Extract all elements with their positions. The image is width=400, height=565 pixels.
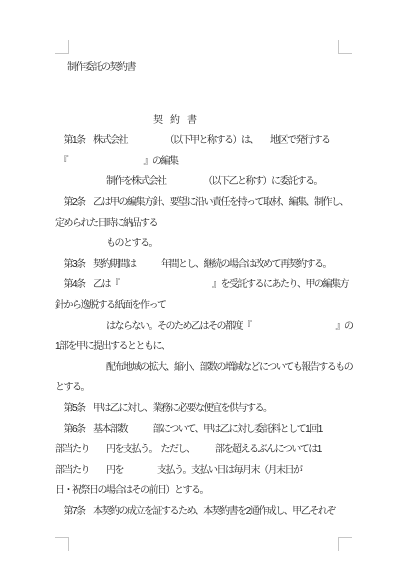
blank-lines	[55, 79, 360, 111]
body-lines: 第1条 株式会社 （以下甲と称する）は、 地区で発行する 『 』の編集 制作を株…	[55, 131, 360, 522]
text-line: 定められた日時に納品する	[55, 214, 360, 235]
crop-mark-bottom-left	[55, 537, 69, 551]
text-line: 『 』の編集	[55, 152, 360, 173]
document-page: 制作委託の契約書 契 約 書 第1条 株式会社 （以下甲と称する）は、 地区で発…	[0, 0, 400, 565]
text-line: 針から逸脱する紙面を作って	[55, 296, 360, 317]
crop-mark-bottom-right	[338, 537, 352, 551]
text-line: はならない。そのため乙はその都度『 』の	[55, 317, 360, 338]
text-line: 第1条 株式会社 （以下甲と称する）は、 地区で発行する	[55, 131, 360, 152]
document-content: 制作委託の契約書 契 約 書 第1条 株式会社 （以下甲と称する）は、 地区で発…	[55, 52, 360, 522]
text-line: ものとする。	[55, 234, 360, 255]
text-line: 部当たり 円を支払う。 ただし、 部を超えるぶんについては1	[55, 440, 360, 461]
text-line: 第3条 契約期間は 年間とし、継続の場合は改めて再契約する。	[55, 255, 360, 276]
text-line: 制作を株式会社 （以下乙と称す）に委託する。	[55, 172, 360, 193]
document-title: 制作委託の契約書	[55, 58, 360, 79]
text-line: 配布地域の拡大、縮小、部数の増減などについても報告するもの	[55, 358, 360, 379]
text-line: とする。	[55, 378, 360, 399]
text-line: 第5条 甲は乙に対し、業務に必要な便宜を供与する。	[55, 399, 360, 420]
text-line: 部当たり 円を 支払う。支払い日は毎月末（月末日が	[55, 461, 360, 482]
text-line: 第6条 基本部数 部について、甲は乙に対し委託料として1回1	[55, 420, 360, 441]
text-line: 日・祝祭日の場合はその前日）とする。	[55, 481, 360, 502]
text-line: 第7条 本契約の成立を証するため、本契約書を2通作成し、甲乙それぞ	[55, 502, 360, 523]
contract-heading: 契 約 書	[55, 111, 360, 132]
text-line: 第4条 乙は『 』を受託するにあたり、甲の編集方	[55, 275, 360, 296]
text-line: 1部を甲に提出するとともに、	[55, 337, 360, 358]
text-line: 第2条 乙は甲の編集方針、要望に沿い責任を持って取材、編集、制作し、	[55, 193, 360, 214]
